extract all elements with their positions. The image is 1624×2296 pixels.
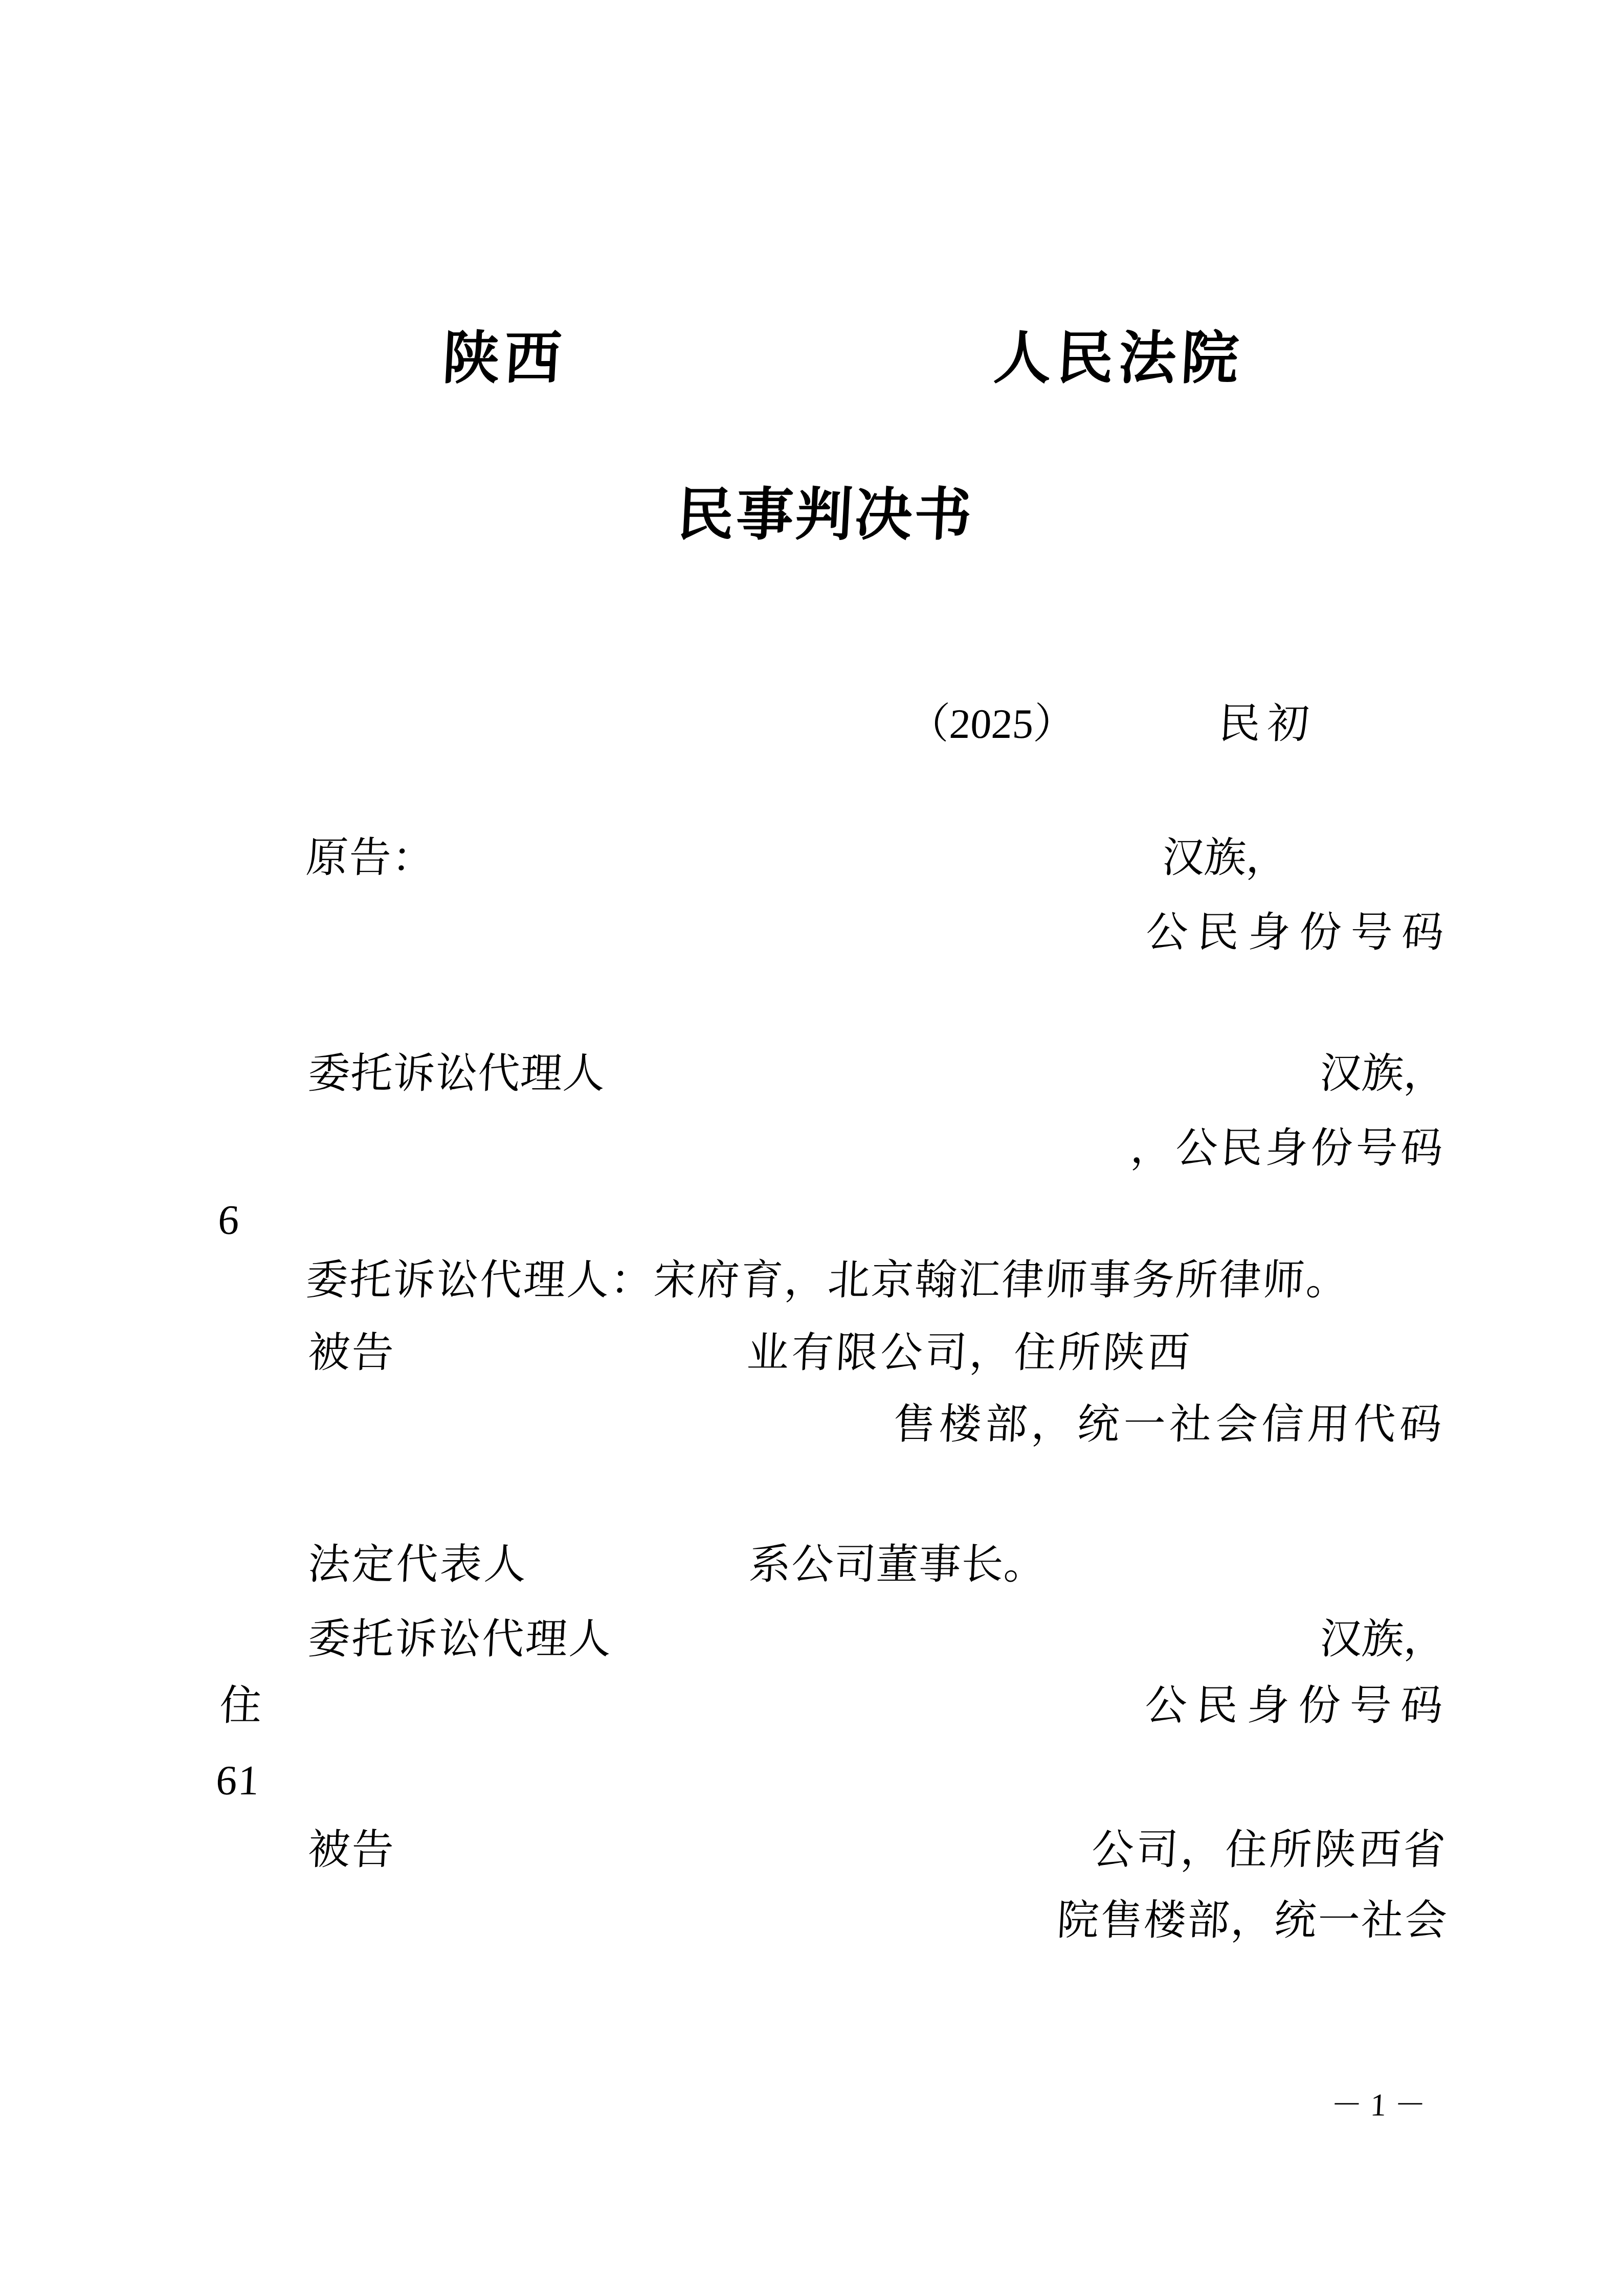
defendant1-agent-label: 委托诉讼代理人 [307,1617,614,1662]
defendant1-agent-ethnicity: 汉族， [1319,1617,1447,1662]
plaintiff-agent1-ethnicity: 汉族， [1319,1051,1447,1097]
defendant1-agent-id-caption: 公民身份号码 [1144,1683,1453,1729]
legal-rep-role-tail: 系公司董事长。 [748,1542,1048,1588]
defendant1-agent-residence-fragment: 住 [218,1683,263,1729]
court-name-prefix: 陕西 [441,328,567,390]
defendant1-address-tail: 售楼部，统一社会信用代码 [892,1402,1447,1448]
plaintiff-agent1-id-fragment: 6 [217,1198,240,1243]
plaintiff-agent2-line: 委托诉讼代理人：宋府育，北京翰汇律师事务所律师。 [305,1258,1351,1303]
defendant1-agent-id-fragment: 61 [215,1758,261,1804]
case-number-year: （2025） [906,702,1077,747]
case-number-type: 民初 [1217,702,1317,747]
plaintiff-ethnicity: 汉族， [1161,836,1289,881]
defendant2-address-tail: 院售楼部，统一社会 [1056,1898,1450,1944]
plaintiff-agent1-id-caption: ，公民身份号码 [1129,1126,1447,1172]
defendant1-label: 被告 [307,1331,396,1376]
plaintiff-id-caption: 公民身份号码 [1145,910,1454,956]
defendant1-name-tail: 业有限公司，住所陕西 [746,1331,1193,1376]
plaintiff-label: 原告： [305,836,436,881]
court-name-suffix: 人民法院 [992,328,1245,390]
document-title: 民事判决书 [675,485,975,547]
defendant2-name-tail: 公司，住所陕西省 [1091,1828,1449,1873]
legal-rep-label: 法定代表人 [307,1542,529,1588]
plaintiff-agent1-label: 委托诉讼代理人 [307,1051,607,1097]
defendant2-label: 被告 [307,1828,396,1873]
page-number: － 1 － [1330,2088,1427,2123]
judgment-document-page: 陕西 人民法院 民事判决书 （2025） 民初 原告： 汉族， 公民身份号码 委… [0,0,1624,2296]
